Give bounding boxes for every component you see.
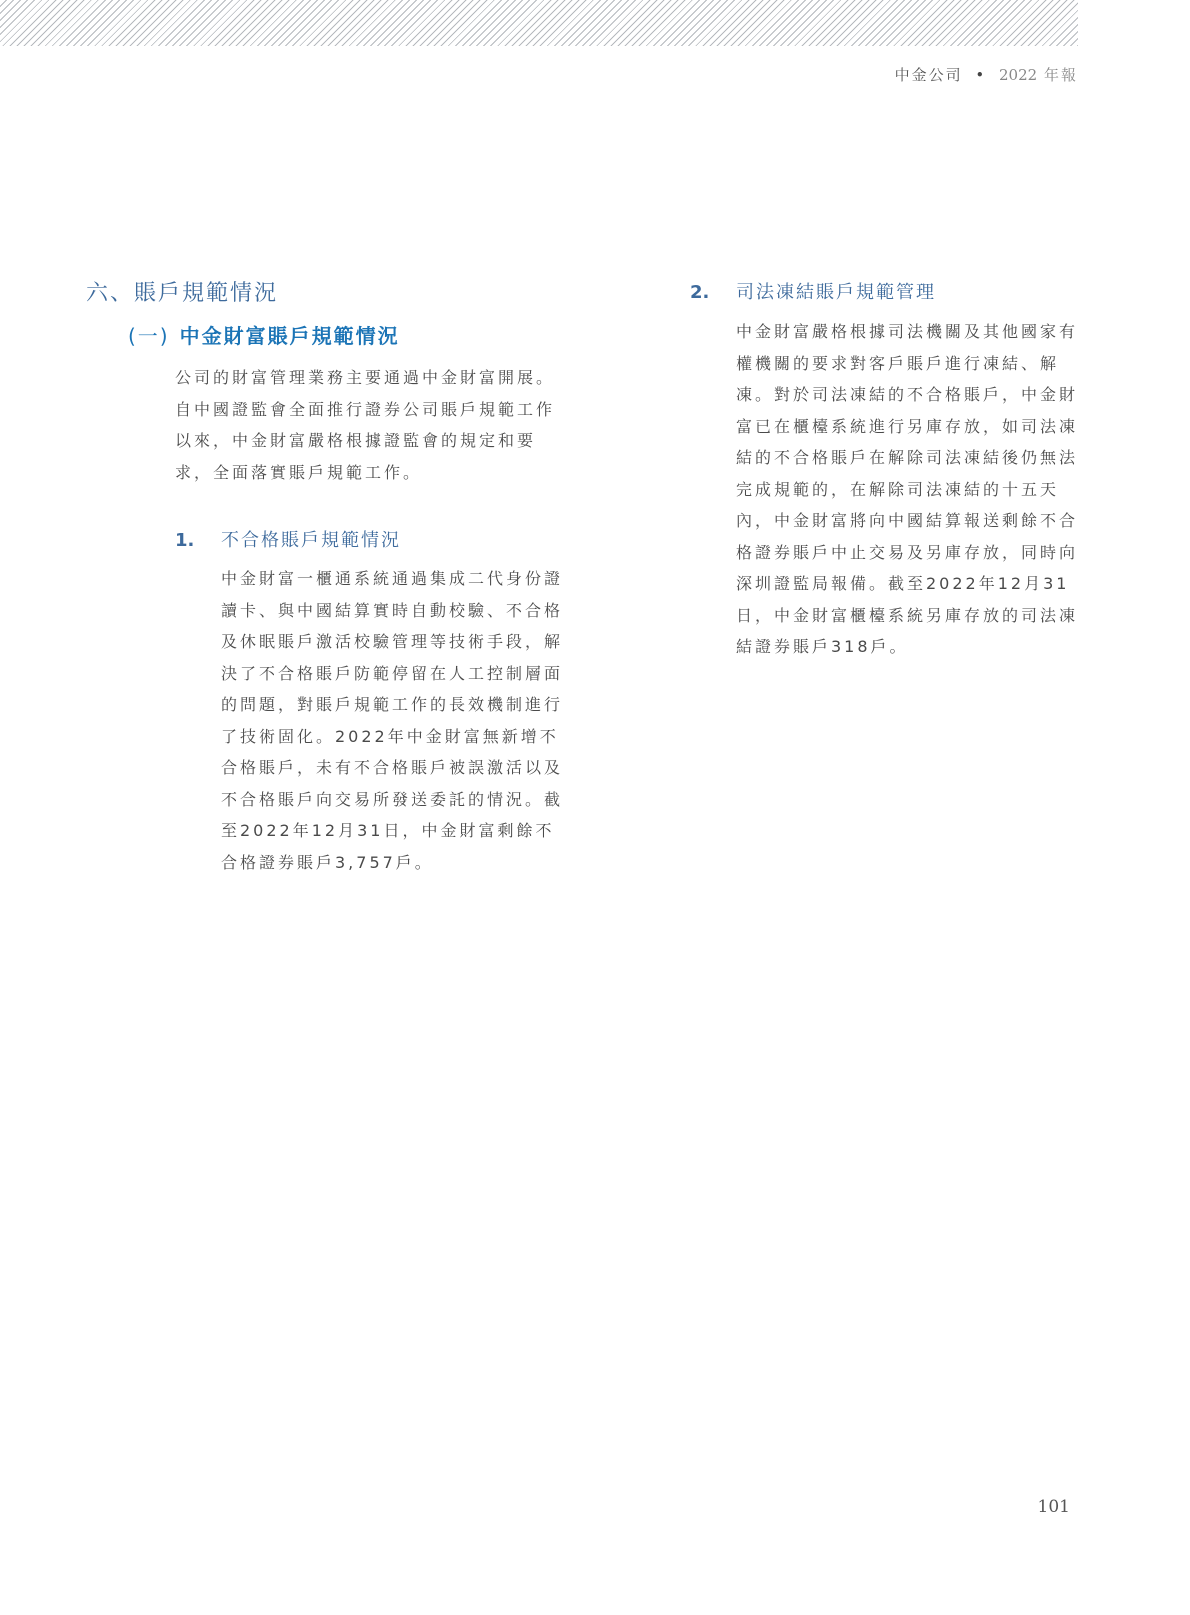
item-1-heading: 1.不合格賬戶規範情況 — [175, 526, 401, 552]
page-number: 101 — [1038, 1497, 1070, 1517]
subsection-title-text: 中金財富賬戶規範情況 — [180, 324, 400, 348]
item-2-number: 2. — [690, 282, 736, 303]
subsection-marker: (一) — [128, 324, 170, 348]
bullet-separator: • — [975, 66, 986, 84]
report-year: 2022 — [999, 66, 1037, 84]
section-title: 六、賬戶規範情況 — [86, 276, 278, 307]
item-2-body: 中金財富嚴格根據司法機關及其他國家有權機關的要求對客戶賬戶進行凍結、解凍。對於司… — [736, 316, 1081, 663]
intro-paragraph: 公司的財富管理業務主要通過中金財富開展。自中國證監會全面推行證券公司賬戶規範工作… — [175, 362, 560, 488]
item-1-body: 中金財富一櫃通系統通過集成二代身份證讀卡、與中國結算實時自動校驗、不合格及休眠賬… — [221, 563, 563, 878]
item-2-title: 司法凍結賬戶規範管理 — [736, 282, 936, 303]
item-1-title: 不合格賬戶規範情況 — [221, 530, 401, 551]
item-2-heading: 2.司法凍結賬戶規範管理 — [690, 278, 936, 304]
subsection-title: (一)中金財富賬戶規範情況 — [128, 320, 400, 349]
item-1-number: 1. — [175, 530, 221, 551]
running-header: 中金公司 • 2022 年報 — [895, 64, 1078, 85]
decorative-hatch-band — [0, 0, 1078, 46]
report-label: 年報 — [1044, 66, 1078, 84]
company-name: 中金公司 — [895, 66, 963, 84]
